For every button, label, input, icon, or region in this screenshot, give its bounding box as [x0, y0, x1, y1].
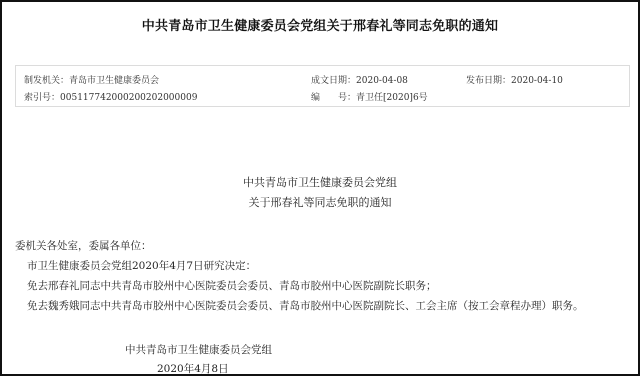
- issuer-value: 青岛市卫生健康委员会: [69, 76, 159, 86]
- index-number-label: 索引号：: [24, 93, 60, 103]
- publish-date-field: 发布日期：2020-04-10: [466, 73, 563, 86]
- written-date-value: 2020-04-08: [356, 76, 408, 86]
- issuer-label: 制发机关：: [24, 76, 69, 86]
- issuer-field: 制发机关：青岛市卫生健康委员会: [24, 73, 159, 86]
- body-paragraph: 免去魏秀娥同志中共青岛市胶州中心医院委员会委员、青岛市胶州中心医院副院长、工会主…: [27, 298, 584, 313]
- doc-number-field: 编 号：青卫任[2020]6号: [311, 90, 428, 103]
- publish-date-label: 发布日期：: [466, 76, 511, 86]
- doc-number-value: 青卫任[2020]6号: [356, 93, 428, 103]
- body-paragraph: 市卫生健康委员会党组2020年4月7日研究决定：: [27, 258, 256, 273]
- document-frame: 中共青岛市卫生健康委员会党组关于邢春礼等同志免职的通知 制发机关：青岛市卫生健康…: [0, 0, 640, 376]
- written-date-field: 成文日期：2020-04-08: [311, 73, 408, 86]
- index-number-field: 索引号：005117742000200202000009: [24, 90, 197, 103]
- document-heading-line1: 中共青岛市卫生健康委员会党组: [2, 174, 638, 190]
- doc-number-label: 编 号：: [311, 93, 356, 103]
- document-heading-line2: 关于邢春礼等同志免职的通知: [2, 194, 638, 210]
- index-number-value: 005117742000200202000009: [60, 93, 197, 103]
- body-paragraph: 免去邢春礼同志中共青岛市胶州中心医院委员会委员、青岛市胶州中心医院副院长职务；: [27, 278, 437, 293]
- page-title: 中共青岛市卫生健康委员会党组关于邢春礼等同志免职的通知: [2, 15, 638, 34]
- written-date-label: 成文日期：: [311, 76, 356, 86]
- signature-organization: 中共青岛市卫生健康委员会党组: [125, 342, 272, 357]
- salutation: 委机关各处室，委属各单位：: [15, 238, 152, 253]
- signature-date: 2020年4月8日: [157, 361, 229, 376]
- publish-date-value: 2020-04-10: [511, 76, 563, 86]
- document-info-box: 制发机关：青岛市卫生健康委员会 索引号：00511774200020020200…: [15, 65, 630, 107]
